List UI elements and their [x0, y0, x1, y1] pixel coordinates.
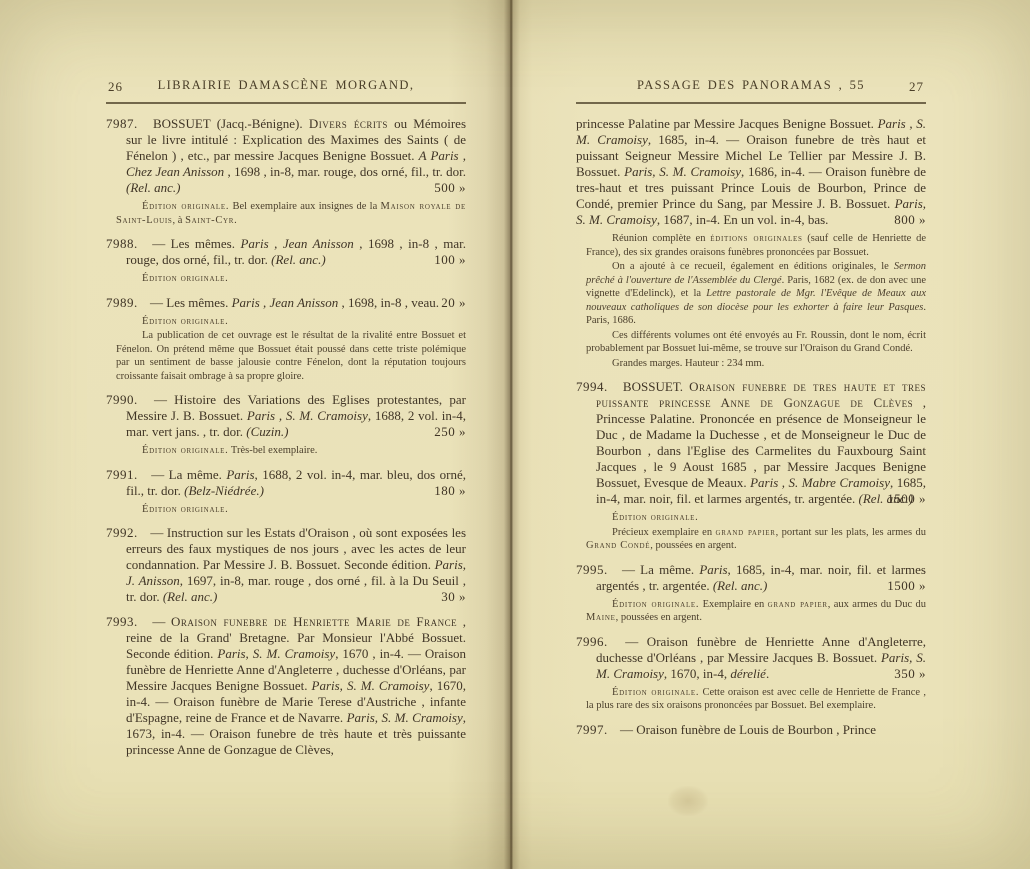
text-segment: . — [766, 666, 769, 681]
entry-price: 1500 » — [907, 491, 926, 507]
text-segment: La publication de cet ouvrage est le rés… — [116, 330, 466, 382]
catalog-entry-7994: 7994. BOSSUET. Oraison funebre de tres h… — [576, 379, 926, 507]
catalog-entry-7988: 7988. — Les mêmes. Paris , Jean Anisson … — [106, 236, 466, 268]
entry-note: Édition originale. Bel exemplaire aux in… — [116, 200, 466, 227]
text-segment: Paris, S. M. Cramoisy — [624, 164, 741, 179]
text-segment: princesse Palatine par Messire Jacques B… — [576, 116, 878, 131]
text-segment: Oraison funebre de Henriette Marie de Fr… — [171, 614, 457, 629]
running-title-left: LIBRAIRIE DAMASCÈNE MORGAND, — [106, 78, 466, 93]
text-segment: , aux armes du Duc du — [828, 599, 926, 610]
text-segment: On a ajouté à ce recueil, également en é… — [612, 261, 894, 272]
text-segment: Saint-Cyr — [185, 215, 234, 226]
entry-number: 7990. — [106, 392, 138, 407]
entry-price: 250 » — [454, 424, 466, 440]
text-segment: Paris, S. M. Cramoisy — [347, 710, 463, 725]
entry-number: 7987. — [106, 116, 138, 131]
entry-note: Édition originale. — [116, 315, 466, 329]
entry-price: 800 » — [894, 212, 926, 228]
catalog-entry-7987: 7987. BOSSUET (Jacq.-Bénigne). Divers éc… — [106, 116, 466, 196]
entry-note: Grandes marges. Hauteur : 234 mm. — [586, 357, 926, 371]
text-segment: BOSSUET (Jacq.-Bénigne). — [153, 116, 309, 131]
text-segment: Édition originale. — [142, 316, 228, 327]
entry-note: Ces différents volumes ont été envoyés a… — [586, 329, 926, 356]
catalog-entry-7993: 7993. — Oraison funebre de Henriette Mar… — [106, 614, 466, 758]
text-segment: grand papier — [768, 599, 828, 610]
book-gutter-shadow — [448, 0, 584, 869]
text-segment: , portant sur les plats, les armes du — [776, 527, 926, 538]
paper-stain — [668, 786, 708, 816]
entry-note: Édition originale. Cette oraison est ave… — [586, 686, 926, 713]
text-segment: , 1687, in-4. En un vol. in-4, bas. — [657, 212, 829, 227]
entry-note: Édition originale. — [116, 272, 466, 286]
catalog-entry-continuation: princesse Palatine par Messire Jacques B… — [576, 116, 926, 228]
running-title-right: PASSAGE DES PANORAMAS , 55 — [576, 78, 926, 93]
text-segment: Paris, S. M. Cramoisy — [312, 678, 430, 693]
text-segment: — Les mêmes. — [152, 236, 240, 251]
text-segment: (Belz-Niédrée.) — [184, 483, 264, 498]
catalog-entry-7992: 7992. — Instruction sur les Estats d'Ora… — [106, 525, 466, 605]
entry-price: 350 » — [914, 666, 926, 682]
text-segment: , à — [173, 215, 186, 226]
text-segment: Paris, S. M. Cramoisy — [217, 646, 335, 661]
running-head-right: PASSAGE DES PANORAMAS , 55 27 — [576, 78, 926, 96]
entry-note: Précieux exemplaire en grand papier, por… — [586, 526, 926, 553]
page-left: 26 LIBRAIRIE DAMASCÈNE MORGAND, 7987. BO… — [106, 78, 466, 758]
book-scan-spread: 26 LIBRAIRIE DAMASCÈNE MORGAND, 7987. BO… — [0, 0, 1030, 869]
entry-number: 7995. — [576, 562, 608, 577]
text-segment: Paris — [226, 467, 254, 482]
text-segment: Édition originale. — [612, 512, 698, 523]
running-head-left: 26 LIBRAIRIE DAMASCÈNE MORGAND, — [106, 78, 466, 96]
text-segment: (Rel. anc.) — [163, 589, 218, 604]
entry-number: 7988. — [106, 236, 138, 251]
text-segment: — Oraison funèbre de Henriette Anne d'An… — [596, 634, 926, 665]
text-segment: Ces différents volumes ont été envoyés a… — [586, 330, 926, 355]
text-segment: , 1698 , in-8, mar. rouge, dos orné, fil… — [224, 164, 466, 179]
text-segment: — La même. — [151, 467, 226, 482]
text-segment: — Les mêmes. — [150, 295, 232, 310]
entry-number: 7992. — [106, 525, 138, 540]
text-segment: Maine — [586, 612, 616, 623]
text-segment: Divers écrits — [309, 116, 388, 131]
text-segment: Exemplaire en — [699, 599, 767, 610]
text-segment: — Oraison funèbre de Louis de Bourbon , … — [620, 722, 876, 737]
entry-note: Édition originale. — [586, 511, 926, 525]
text-segment: , poussées en argent. — [616, 612, 702, 623]
entry-price: 180 » — [454, 483, 466, 499]
text-segment: Bel exemplaire aux insignes de la — [229, 201, 380, 212]
text-segment: Précieux exemplaire en — [612, 527, 715, 538]
text-segment: , 1670, in-4, — [664, 666, 730, 681]
catalog-entry-7989: 7989. — Les mêmes. Paris , Jean Anisson … — [106, 295, 466, 311]
text-segment: dérelié — [730, 666, 766, 681]
text-segment: Édition originale. — [612, 687, 699, 698]
entry-number: 7993. — [106, 614, 138, 629]
entry-price: 30 » — [461, 589, 466, 605]
entry-price: 500 » — [454, 180, 466, 196]
catalog-entries-left: 7987. BOSSUET (Jacq.-Bénigne). Divers éc… — [106, 116, 466, 758]
entry-price: 20 » — [461, 295, 466, 311]
text-segment: Édition originale. — [142, 201, 229, 212]
page-number-right: 27 — [909, 79, 924, 95]
text-segment: (Rel. anc.) — [271, 252, 326, 267]
text-segment: , 1698, in-8 , veau. — [338, 295, 439, 310]
header-rule-left — [106, 102, 466, 104]
text-segment: Réunion complète en — [612, 233, 710, 244]
entry-number: 7994. — [576, 379, 608, 394]
text-segment: Édition originale. — [612, 599, 699, 610]
text-segment: Paris , Jean Anisson — [240, 236, 353, 251]
text-segment: Paris , Jean Anisson — [232, 295, 339, 310]
catalog-entries-right: princesse Palatine par Messire Jacques B… — [576, 116, 926, 738]
text-segment: BOSSUET. — [623, 379, 689, 394]
entry-note: Édition originale. Très-bel exemplaire. — [116, 444, 466, 458]
text-segment: (Cuzin.) — [246, 424, 288, 439]
catalog-entry-7996: 7996. — Oraison funèbre de Henriette Ann… — [576, 634, 926, 682]
header-rule-right — [576, 102, 926, 104]
text-segment: , poussées en argent. — [650, 540, 736, 551]
entry-number: 7997. — [576, 722, 608, 737]
text-segment: Paris , S. Mabre Cramoisy — [750, 475, 890, 490]
text-segment: Édition originale. — [142, 273, 228, 284]
text-segment: (Rel. anc.) — [126, 180, 181, 195]
text-segment: Très-bel exemplaire. — [228, 445, 317, 456]
text-segment: — La même. — [622, 562, 699, 577]
text-segment: (Rel. anc.) — [713, 578, 768, 593]
entry-note: La publication de cet ouvrage est le rés… — [116, 329, 466, 383]
text-segment: Grand Condé — [586, 540, 650, 551]
entry-note: On a ajouté à ce recueil, également en é… — [586, 260, 926, 328]
catalog-entry-7995: 7995. — La même. Paris, 1685, in-4, mar.… — [576, 562, 926, 594]
entry-note: Édition originale. Exemplaire en grand p… — [586, 598, 926, 625]
catalog-entry-7991: 7991. — La même. Paris, 1688, 2 vol. in-… — [106, 467, 466, 499]
text-segment: — Instruction sur les Estats d'Oraison ,… — [126, 525, 466, 572]
text-segment: éditions originales — [710, 233, 802, 244]
text-segment: Grandes marges. Hauteur : 234 mm. — [612, 358, 764, 369]
text-segment: — — [152, 614, 171, 629]
entry-note: Édition originale. — [116, 503, 466, 517]
text-segment: Paris , S. M. Cramoisy — [247, 408, 368, 423]
catalog-entry-7997: 7997. — Oraison funèbre de Louis de Bour… — [576, 722, 926, 738]
entry-number: 7996. — [576, 634, 608, 649]
text-segment: Édition originale. — [142, 504, 228, 515]
entry-price: 100 » — [454, 252, 466, 268]
entry-number: 7991. — [106, 467, 138, 482]
text-segment: grand papier — [715, 527, 775, 538]
text-segment: Paris — [699, 562, 727, 577]
entry-number: 7989. — [106, 295, 138, 310]
catalog-entry-7990: 7990. — Histoire des Variations des Egli… — [106, 392, 466, 440]
entry-note: Réunion complète en éditions originales … — [586, 232, 926, 259]
text-segment: Édition originale. — [142, 445, 228, 456]
text-segment: . — [234, 215, 237, 226]
page-right: PASSAGE DES PANORAMAS , 55 27 princesse … — [576, 78, 926, 738]
entry-price: 1500 » — [907, 578, 926, 594]
